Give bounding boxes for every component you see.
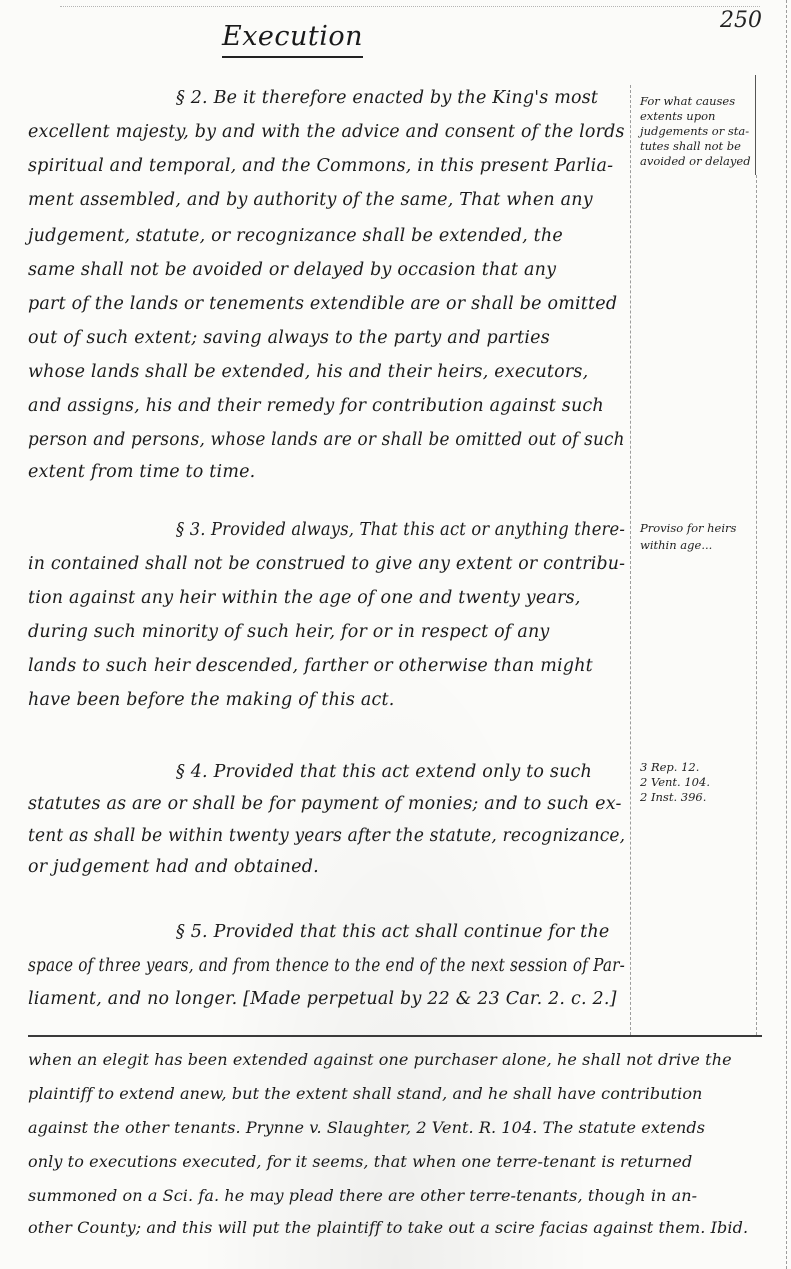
text-line: and assigns, his and their remedy for co…: [28, 394, 604, 418]
text-line: ment assembled, and by authority of the …: [28, 188, 593, 212]
text-line: § 3. Provided always, That this act or a…: [176, 518, 625, 542]
margin-note-line: within age...: [640, 538, 712, 553]
margin-rule-right: [756, 175, 757, 1035]
footnote-line: plaintiff to extend anew, but the extent…: [28, 1082, 702, 1106]
margin-note-line: tutes shall not be: [640, 139, 741, 154]
footnote-line: when an elegit has been extended against…: [28, 1048, 732, 1072]
margin-rule-left: [630, 85, 631, 1035]
margin-note-line: Proviso for heirs: [640, 521, 736, 536]
manuscript-page: Execution 250 § 2. Be it therefore enact…: [0, 0, 791, 1269]
text-line: statutes as are or shall be for payment …: [28, 792, 622, 816]
text-line: extent from time to time.: [28, 460, 255, 484]
text-line: lands to such heir descended, farther or…: [28, 654, 593, 678]
margin-note-line: extents upon: [640, 109, 715, 124]
page-edge-rule: [786, 0, 787, 1269]
margin-note-line: For what causes: [640, 94, 735, 109]
margin-note-line: judgements or sta-: [640, 124, 749, 139]
text-line: § 5. Provided that this act shall contin…: [176, 920, 609, 944]
text-line: out of such extent; saving always to the…: [28, 326, 550, 350]
footnote-line: summoned on a Sci. fa. he may plead ther…: [28, 1184, 697, 1208]
margin-note-line: 2 Vent. 104.: [640, 775, 710, 790]
page-title: Execution: [222, 20, 363, 58]
footnote-divider: [28, 1035, 762, 1037]
text-line: spiritual and temporal, and the Commons,…: [28, 154, 613, 178]
margin-note-line: 3 Rep. 12.: [640, 760, 699, 775]
text-line: during such minority of such heir, for o…: [28, 620, 550, 644]
page-number: 250: [720, 8, 762, 33]
text-line: § 4. Provided that this act extend only …: [176, 760, 592, 784]
footnote-line: against the other tenants. Prynne v. Sla…: [28, 1116, 705, 1140]
text-line: space of three years, and from thence to…: [28, 954, 625, 978]
text-line: have been before the making of this act.: [28, 688, 394, 712]
text-line: or judgement had and obtained.: [28, 855, 319, 879]
text-line: judgement, statute, or recognizance shal…: [28, 224, 563, 248]
text-line: person and persons, whose lands are or s…: [28, 428, 625, 452]
text-line: excellent majesty, by and with the advic…: [28, 120, 625, 144]
text-line: tion against any heir within the age of …: [28, 586, 581, 610]
text-line: tent as shall be within twenty years aft…: [28, 824, 625, 848]
text-line: whose lands shall be extended, his and t…: [28, 360, 588, 384]
margin-note-line: avoided or delayed: [640, 154, 751, 169]
text-line: part of the lands or tenements extendibl…: [28, 292, 617, 316]
text-line: § 2. Be it therefore enacted by the King…: [176, 86, 598, 110]
margin-note-rule: [755, 75, 756, 175]
footnote-line: other County; and this will put the plai…: [28, 1216, 748, 1240]
text-line: same shall not be avoided or delayed by …: [28, 258, 556, 282]
text-line: liament, and no longer. [Made perpetual …: [28, 987, 617, 1011]
margin-note-line: 2 Inst. 396.: [640, 790, 706, 805]
top-dotted-rule: [60, 6, 760, 7]
text-line: in contained shall not be construed to g…: [28, 552, 625, 576]
footnote-line: only to executions executed, for it seem…: [28, 1150, 692, 1174]
